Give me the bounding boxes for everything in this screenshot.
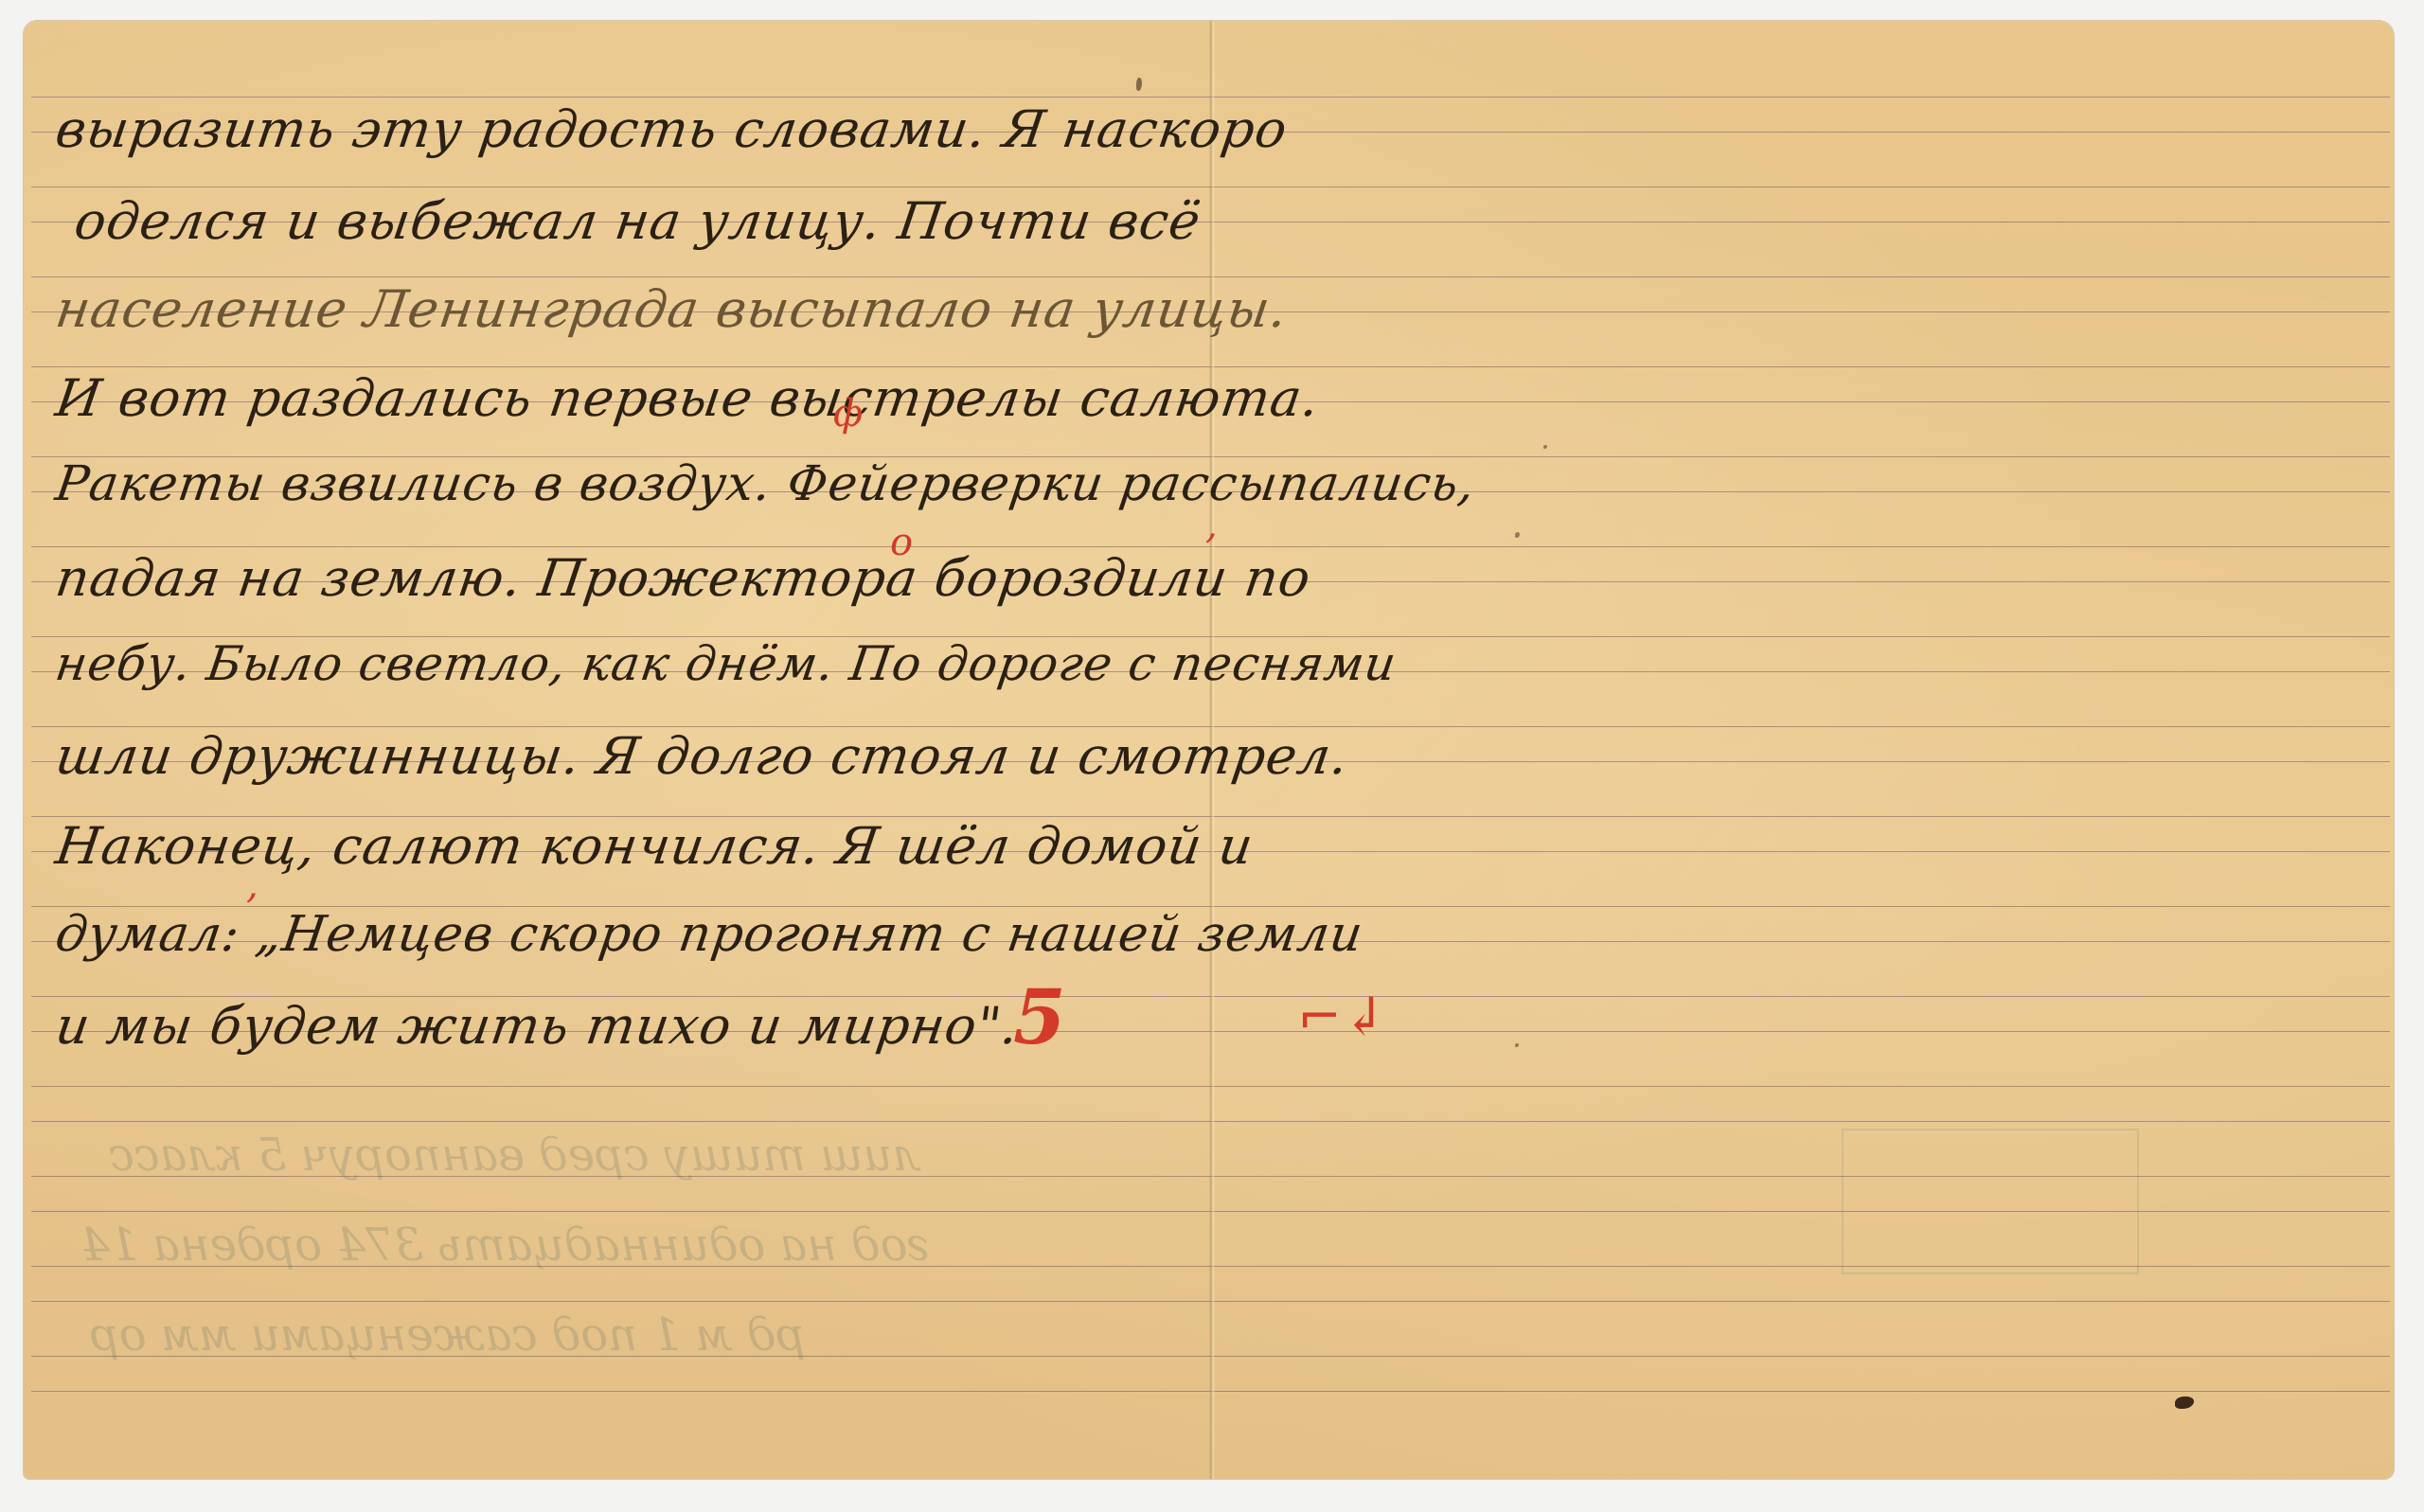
handwritten-line: и мы будем жить тихо и мирно". bbox=[52, 996, 1023, 1056]
teacher-signature-mark: ⌐↲ bbox=[1297, 987, 1386, 1048]
faint-stamp-outline bbox=[1842, 1129, 2139, 1274]
bleed-through-text: год на одиннадцать 374 ордена 14 bbox=[80, 1218, 931, 1272]
handwritten-line: небу. Было светло, как днём. По дороге с… bbox=[52, 636, 1400, 691]
handwritten-line: население Ленинграда высыпало на улицы. bbox=[52, 279, 1292, 339]
red-correction-mark: , bbox=[246, 863, 258, 907]
bleed-through-text: рд м 1 под саженцами мм ор bbox=[90, 1308, 805, 1361]
handwritten-line: падая на землю. Прожектора бороздили по bbox=[52, 548, 1315, 608]
handwritten-line: оделся и выбежал на улицу. Почти всё bbox=[71, 191, 1204, 251]
handwritten-line: И вот раздались первые выстрелы салюта. bbox=[52, 368, 1324, 428]
bleed-through-text: лиш тишу сред ванпоруч 5 класс bbox=[109, 1129, 921, 1182]
handwritten-line: думал: „Немцев скоро прогонят с нашей зе… bbox=[52, 906, 1366, 963]
grade-mark: 5 bbox=[1013, 972, 1066, 1061]
red-correction-mark: ф bbox=[833, 392, 863, 436]
red-correction-mark: о bbox=[890, 521, 913, 564]
handwritten-line: Ракеты взвились в воздух. Фейерверки рас… bbox=[52, 456, 1479, 512]
handwritten-line: шли дружинницы. Я долго стоял и смотрел. bbox=[52, 726, 1352, 786]
handwritten-line: выразить эту радость словами. Я наскоро bbox=[52, 99, 1292, 159]
handwritten-line: Наконец, салют кончился. Я шёл домой и bbox=[52, 816, 1257, 876]
paper-sheet: лиш тишу сред ванпоруч 5 класс год на од… bbox=[24, 21, 2394, 1479]
red-correction-mark: , bbox=[1205, 504, 1218, 547]
